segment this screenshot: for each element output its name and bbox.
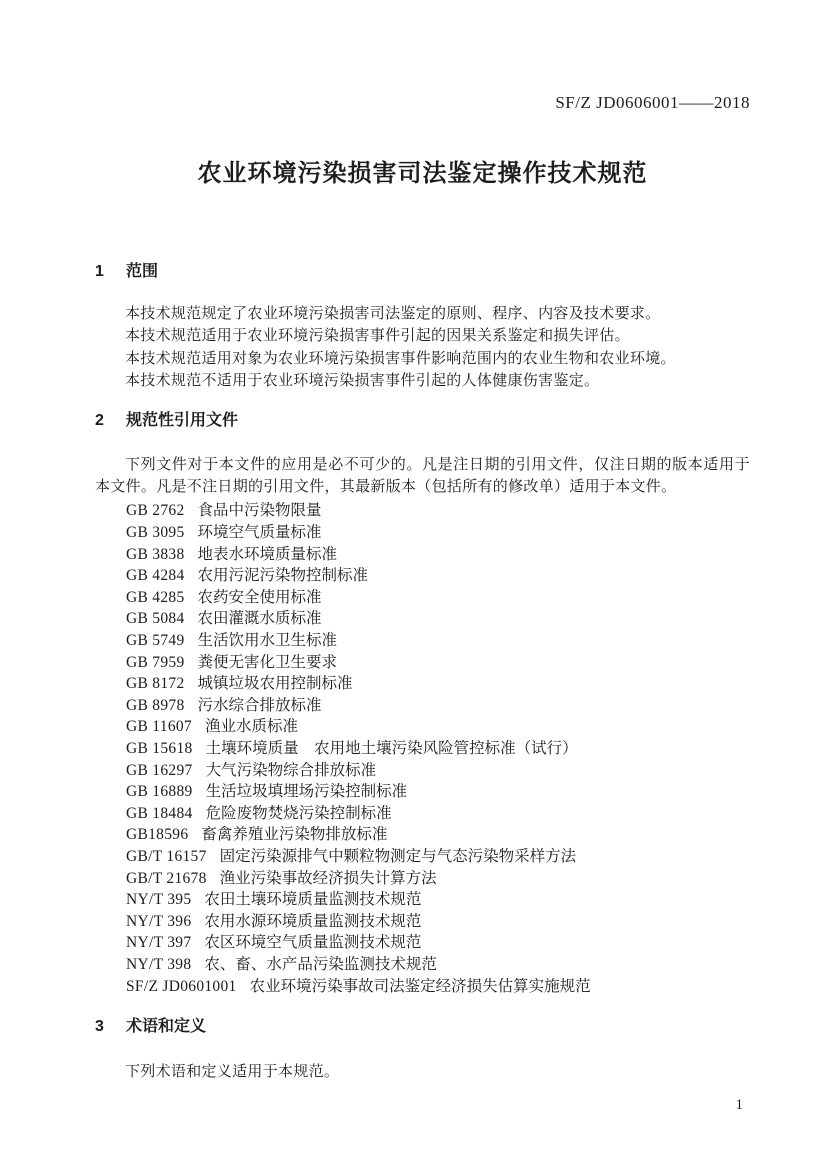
section-heading-text: 术语和定义 bbox=[126, 1018, 206, 1035]
document-title: 农业环境污染损害司法鉴定操作技术规范 bbox=[95, 159, 750, 189]
reference-item: GB 2762食品中污染物限量 bbox=[95, 500, 750, 522]
section-heading: 3术语和定义 bbox=[95, 1016, 750, 1037]
paragraph: 本技术规范规定了农业环境污染损害司法鉴定的原则、程序、内容及技术要求。 bbox=[95, 303, 750, 325]
section-heading: 1范围 bbox=[95, 261, 750, 282]
reference-item: GB/T 16157固定污染源排气中颗粒物测定与气态污染物采样方法 bbox=[95, 846, 750, 868]
reference-code: GB 16297 bbox=[126, 760, 193, 782]
reference-title: 农区环境空气质量监测技术规范 bbox=[204, 934, 421, 951]
reference-code: GB/T 16157 bbox=[126, 846, 207, 868]
reference-item: GB18596畜禽养殖业污染物排放标准 bbox=[95, 824, 750, 846]
section-number: 3 bbox=[95, 1016, 126, 1037]
section-scope: 1范围 本技术规范规定了农业环境污染损害司法鉴定的原则、程序、内容及技术要求。 … bbox=[95, 261, 750, 393]
reference-code: GB 4284 bbox=[126, 565, 185, 587]
reference-title: 农田灌溉水质标准 bbox=[198, 610, 322, 627]
reference-title: 危险废物焚烧污染控制标准 bbox=[206, 805, 392, 822]
section-terms-definitions: 3术语和定义 下列术语和定义适用于本规范。 bbox=[95, 1016, 750, 1083]
reference-item: GB 8978污水综合排放标准 bbox=[95, 695, 750, 717]
reference-code: GB 3095 bbox=[126, 522, 185, 544]
reference-code: GB 11607 bbox=[126, 716, 192, 738]
reference-title: 农、畜、水产品污染监测技术规范 bbox=[204, 956, 437, 973]
document-page: SF/Z JD0606001——2018 农业环境污染损害司法鉴定操作技术规范 … bbox=[0, 0, 827, 1169]
reference-code: GB 18484 bbox=[126, 803, 193, 825]
reference-item: GB 4285农药安全使用标准 bbox=[95, 587, 750, 609]
reference-code: NY/T 396 bbox=[126, 911, 191, 933]
reference-code: GB 4285 bbox=[126, 587, 185, 609]
paragraph: 本技术规范适用对象为农业环境污染损害事件影响范围内的农业生物和农业环境。 bbox=[95, 348, 750, 370]
reference-title: 环境空气质量标准 bbox=[198, 524, 322, 541]
reference-item: SF/Z JD0601001农业环境污染事故司法鉴定经济损失估算实施规范 bbox=[95, 976, 750, 998]
reference-title: 固定污染源排气中颗粒物测定与气态污染物采样方法 bbox=[220, 848, 577, 865]
reference-item: GB 7959粪便无害化卫生要求 bbox=[95, 652, 750, 674]
reference-code: GB 15618 bbox=[126, 738, 193, 760]
reference-code: GB 8978 bbox=[126, 695, 185, 717]
reference-code: GB 5749 bbox=[126, 630, 185, 652]
reference-item: NY/T 396农用水源环境质量监测技术规范 bbox=[95, 911, 750, 933]
reference-title: 生活垃圾填埋场污染控制标准 bbox=[206, 783, 408, 800]
reference-code: GB 7959 bbox=[126, 652, 185, 674]
section-number: 1 bbox=[95, 261, 126, 282]
reference-title: 农田土壤环境质量监测技术规范 bbox=[204, 891, 421, 908]
section-body: 下列术语和定义适用于本规范。 bbox=[95, 1061, 750, 1083]
reference-item: GB/T 21678渔业污染事故经济损失计算方法 bbox=[95, 868, 750, 890]
reference-code: GB/T 21678 bbox=[126, 868, 207, 890]
reference-code: NY/T 397 bbox=[126, 932, 191, 954]
reference-code: NY/T 395 bbox=[126, 889, 191, 911]
reference-title: 渔业水质标准 bbox=[205, 718, 298, 735]
reference-code: GB18596 bbox=[126, 824, 188, 846]
page-number: 1 bbox=[95, 1096, 750, 1114]
reference-title: 地表水环境质量标准 bbox=[198, 546, 338, 563]
reference-title: 城镇垃圾农用控制标准 bbox=[198, 675, 353, 692]
reference-item: GB 8172城镇垃圾农用控制标准 bbox=[95, 673, 750, 695]
reference-item: GB 5084农田灌溉水质标准 bbox=[95, 608, 750, 630]
reference-item: GB 3095环境空气质量标准 bbox=[95, 522, 750, 544]
reference-title: 污水综合排放标准 bbox=[198, 697, 322, 714]
reference-code: GB 2762 bbox=[126, 500, 185, 522]
section-number: 2 bbox=[95, 410, 126, 431]
section-body: 下列文件对于本文件的应用是必不可少的。凡是注日期的引用文件，仅注日期的版本适用于… bbox=[95, 454, 750, 499]
reference-code: GB 8172 bbox=[126, 673, 185, 695]
reference-code: GB 3838 bbox=[126, 544, 185, 566]
paragraph: 下列文件对于本文件的应用是必不可少的。凡是注日期的引用文件，仅注日期的版本适用于… bbox=[95, 454, 750, 499]
paragraph: 本技术规范不适用于农业环境污染损害事件引起的人体健康伤害鉴定。 bbox=[95, 370, 750, 392]
reference-item: NY/T 395农田土壤环境质量监测技术规范 bbox=[95, 889, 750, 911]
reference-title: 农业环境污染事故司法鉴定经济损失估算实施规范 bbox=[250, 978, 591, 995]
reference-code: NY/T 398 bbox=[126, 954, 191, 976]
reference-title: 农用污泥污染物控制标准 bbox=[198, 567, 369, 584]
reference-item: NY/T 398农、畜、水产品污染监测技术规范 bbox=[95, 954, 750, 976]
reference-item: NY/T 397农区环境空气质量监测技术规范 bbox=[95, 932, 750, 954]
reference-code: GB 5084 bbox=[126, 608, 185, 630]
document-number: SF/Z JD0606001——2018 bbox=[95, 93, 750, 113]
reference-code: GB 16889 bbox=[126, 781, 193, 803]
reference-title: 畜禽养殖业污染物排放标准 bbox=[201, 826, 387, 843]
reference-title: 土壤环境质量 农用地土壤污染风险管控标准（试行） bbox=[206, 740, 578, 757]
reference-item: GB 15618土壤环境质量 农用地土壤污染风险管控标准（试行） bbox=[95, 738, 750, 760]
reference-title: 农用水源环境质量监测技术规范 bbox=[204, 913, 421, 930]
reference-item: GB 16889生活垃圾填埋场污染控制标准 bbox=[95, 781, 750, 803]
reference-title: 大气污染物综合排放标准 bbox=[206, 762, 377, 779]
reference-title: 粪便无害化卫生要求 bbox=[198, 654, 338, 671]
section-normative-references: 2规范性引用文件 下列文件对于本文件的应用是必不可少的。凡是注日期的引用文件，仅… bbox=[95, 410, 750, 997]
reference-title: 渔业污染事故经济损失计算方法 bbox=[220, 870, 437, 887]
reference-title: 生活饮用水卫生标准 bbox=[198, 632, 338, 649]
paragraph: 本技术规范适用于农业环境污染损害事件引起的因果关系鉴定和损失评估。 bbox=[95, 325, 750, 347]
reference-item: GB 5749生活饮用水卫生标准 bbox=[95, 630, 750, 652]
section-heading-text: 范围 bbox=[126, 263, 158, 280]
reference-item: GB 11607渔业水质标准 bbox=[95, 716, 750, 738]
reference-item: GB 4284农用污泥污染物控制标准 bbox=[95, 565, 750, 587]
reference-title: 农药安全使用标准 bbox=[198, 589, 322, 606]
reference-title: 食品中污染物限量 bbox=[198, 502, 322, 519]
reference-item: GB 3838地表水环境质量标准 bbox=[95, 544, 750, 566]
section-body: 本技术规范规定了农业环境污染损害司法鉴定的原则、程序、内容及技术要求。 本技术规… bbox=[95, 303, 750, 393]
section-heading: 2规范性引用文件 bbox=[95, 410, 750, 431]
paragraph: 下列术语和定义适用于本规范。 bbox=[95, 1061, 750, 1083]
reference-item: GB 16297大气污染物综合排放标准 bbox=[95, 760, 750, 782]
reference-item: GB 18484危险废物焚烧污染控制标准 bbox=[95, 803, 750, 825]
section-heading-text: 规范性引用文件 bbox=[126, 412, 238, 429]
reference-code: SF/Z JD0601001 bbox=[126, 976, 237, 998]
reference-list: GB 2762食品中污染物限量 GB 3095环境空气质量标准 GB 3838地… bbox=[95, 500, 750, 997]
